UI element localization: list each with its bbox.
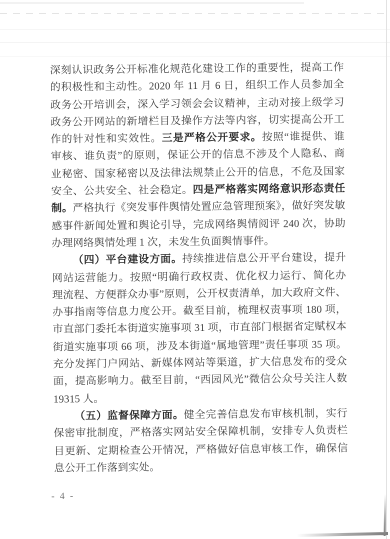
text-segment: 健全完善信息发布审核机制，实行 — [184, 408, 348, 421]
text-segment: 面，提高影响力。截至目前，“西园风光”微信公众号关注人数 — [53, 374, 347, 388]
text-line: 感事件新闻处置和舆论引导，完成网络舆情阅评 240 次，协助 — [51, 215, 345, 235]
scan-artifact-streak — [0, 56, 390, 57]
text-segment: 息公开工作落到实处。 — [54, 462, 160, 474]
text-segment-bold: 三是严格公开要求。 — [162, 133, 262, 145]
text-segment: 深刻认识政务公开标准化规范化建设工作的重要性，提高工作 — [50, 62, 344, 76]
scanned-document-page: { "colors": { "ink": "#3d3d3d", "page_ba… — [0, 0, 390, 539]
text-segment: 感事件新闻处置和舆论引导，完成网络舆情阅评 240 次，协助 — [51, 218, 345, 232]
text-segment-bold: 制。 — [51, 204, 73, 215]
text-line: 目更新、定期检查公开情况，严格做好信息审核工作，确保信 — [54, 440, 348, 460]
scan-artifact-dashed-line — [0, 13, 390, 14]
text-segment: 政务公开培训会，深入学习领会会议精神，主动对接上级学习 — [50, 97, 344, 111]
page-corner-shadow-bottom — [297, 532, 388, 536]
text-segment: 保密审批制度，严格落实网站安全保障机制，安排专人负责栏 — [54, 426, 348, 440]
text-segment: 业秘密、国家秘密以及法律法规禁止公开的信息，不危及国家 — [51, 166, 345, 180]
text-line: 息公开工作落到实处。 — [54, 457, 348, 477]
text-segment: 作的针对性和实效性。 — [51, 134, 162, 146]
page-edge-line — [386, 0, 387, 539]
document-text-block: 深刻认识政务公开标准化规范化建设工作的重要性，提高工作 的积极性和主动性。202… — [50, 59, 348, 477]
page-number: - 4 - — [46, 492, 80, 502]
text-segment-bold: （四）平台建设方面。 — [73, 254, 182, 266]
scan-artifact-smudge — [0, 2, 304, 4]
scan-artifact-streak — [0, 42, 390, 43]
text-segment: 按照“谁提供、谁 — [262, 132, 345, 144]
text-segment: 办事指南等信息力度公开。截至目前，梳理权责事项 180 项， — [52, 305, 346, 319]
text-segment: 目更新、定期检查公开情况，严格做好信息审核工作，确保信 — [54, 443, 348, 457]
text-segment-bold: （五）监督保障方面。 — [74, 410, 183, 422]
text-segment: 持续推进信息公开平台建设，提升 — [182, 253, 346, 266]
text-line: 面，提高影响力。截至目前，“西园风光”微信公众号关注人数 — [53, 371, 347, 391]
text-segment: 街道实施事项 66 项，涉及本街道“属地管理”责任事项 35 项。 — [53, 339, 347, 353]
scan-artifact-streak — [0, 29, 390, 30]
text-segment: 网站运营能力。按照“明确行政权责、优化权力运行、简化办 — [52, 270, 346, 284]
text-segment: 理流程、方便群众办事”原则，公开权责清单，加大政府文件、 — [52, 287, 346, 301]
text-segment-bold: 四是严格落实网络意识形态责任 — [193, 184, 345, 197]
text-segment: 安全、公共安全、社会稳定。 — [51, 185, 193, 197]
text-segment: 19315 人。 — [53, 394, 104, 406]
text-segment: 充分发挥门户网站、新媒体网站等渠道，扩大信息发布的受众 — [53, 357, 347, 371]
text-segment: 审核、谁负责”的原则，保证公开的信息不涉及个人隐私、商 — [51, 149, 345, 163]
text-segment: 办理网络舆情处理 1 次，未发生负面舆情事件。 — [52, 236, 275, 249]
text-segment: 市直部门委托本街道实施事项 31 项，市直部门根据省定赋权本 — [53, 322, 347, 336]
text-segment: 严格执行《突发事件舆情处置应急管理预案》，做好突发敏 — [73, 201, 346, 215]
text-segment: 政务公开网站的新增栏目及操作方法等内容，切实提高公开工 — [50, 114, 344, 128]
